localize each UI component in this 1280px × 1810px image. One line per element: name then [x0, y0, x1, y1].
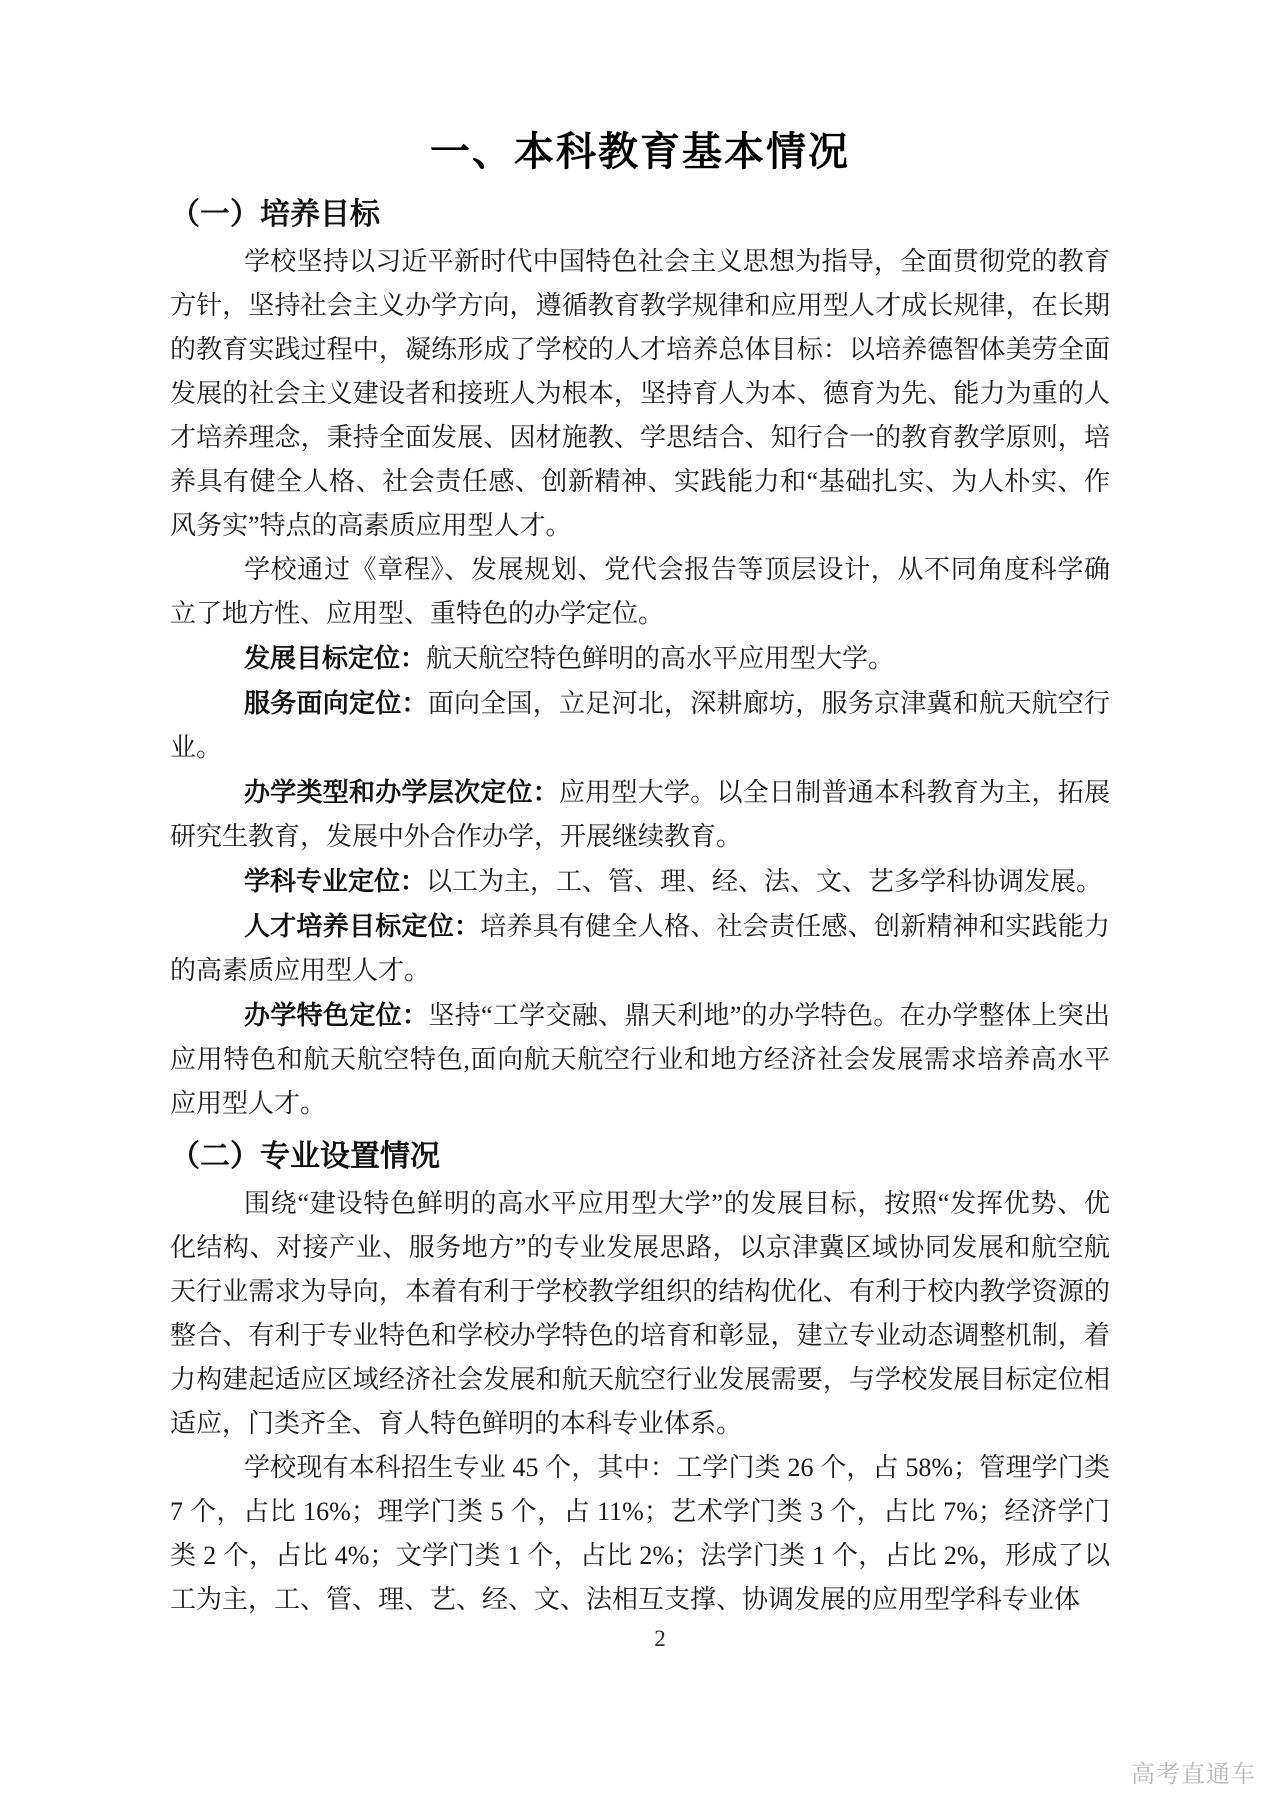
paragraph: 服务面向定位：面向全国，立足河北，深耕廊坊，服务京津冀和航天航空行业。	[170, 681, 1110, 770]
paragraph-label: 办学类型和办学层次定位：	[244, 777, 559, 807]
paragraph: 发展目标定位：航天航空特色鲜明的高水平应用型大学。	[170, 636, 1110, 681]
paragraph: 办学特色定位：坚持“工学交融、鼎天利地”的办学特色。在办学整体上突出应用特色和航…	[170, 993, 1110, 1126]
paragraph-text: 航天航空特色鲜明的高水平应用型大学。	[426, 644, 894, 673]
paragraph-text: 学校现有本科招生专业 45 个，其中：工学门类 26 个，占 58%；管理学门类…	[170, 1453, 1110, 1614]
paragraph: 人才培养目标定位：培养具有健全人格、社会责任感、创新精神和实践能力的高素质应用型…	[170, 904, 1110, 993]
paragraph: 办学类型和办学层次定位：应用型大学。以全日制普通本科教育为主，拓展研究生教育，发…	[170, 770, 1110, 859]
paragraph: 学校现有本科招生专业 45 个，其中：工学门类 26 个，占 58%；管理学门类…	[170, 1446, 1110, 1622]
section-heading-2: （二）专业设置情况	[170, 1132, 1110, 1182]
document-content: 一、本科教育基本情况 （一）培养目标 学校坚持以习近平新时代中国特色社会主义思想…	[170, 0, 1110, 1622]
paragraph-text: 围绕“建设特色鲜明的高水平应用型大学”的发展目标，按照“发挥优势、优化结构、对接…	[170, 1189, 1110, 1438]
paragraph-text: 学校坚持以习近平新时代中国特色社会主义思想为指导，全面贯彻党的教育方针，坚持社会…	[170, 247, 1110, 540]
paragraph-label: 发展目标定位：	[244, 643, 426, 673]
watermark: 高考直通车	[1131, 1754, 1256, 1789]
paragraph: 围绕“建设特色鲜明的高水平应用型大学”的发展目标，按照“发挥优势、优化结构、对接…	[170, 1182, 1110, 1446]
paragraph: 学校通过《章程》、发展规划、党代会报告等顶层设计，从不同角度科学确立了地方性、应…	[170, 548, 1110, 636]
paragraph-label: 服务面向定位：	[244, 688, 428, 718]
paragraph-label: 办学特色定位：	[244, 1000, 428, 1030]
paragraph: 学科专业定位：以工为主，工、管、理、经、法、文、艺多学科协调发展。	[170, 859, 1110, 904]
paragraph: 学校坚持以习近平新时代中国特色社会主义思想为指导，全面贯彻党的教育方针，坚持社会…	[170, 240, 1110, 548]
paragraph-label: 人才培养目标定位：	[244, 911, 480, 941]
page-number: 2	[20, 1626, 1280, 1652]
document-page: 一、本科教育基本情况 （一）培养目标 学校坚持以习近平新时代中国特色社会主义思想…	[0, 0, 1280, 1810]
page-title: 一、本科教育基本情况	[170, 0, 1110, 184]
paragraph-text: 学校通过《章程》、发展规划、党代会报告等顶层设计，从不同角度科学确立了地方性、应…	[170, 555, 1110, 628]
paragraph-label: 学科专业定位：	[244, 866, 426, 896]
paragraph-text: 以工为主，工、管、理、经、法、文、艺多学科协调发展。	[426, 867, 1102, 896]
section-heading-1: （一）培养目标	[170, 190, 1110, 240]
